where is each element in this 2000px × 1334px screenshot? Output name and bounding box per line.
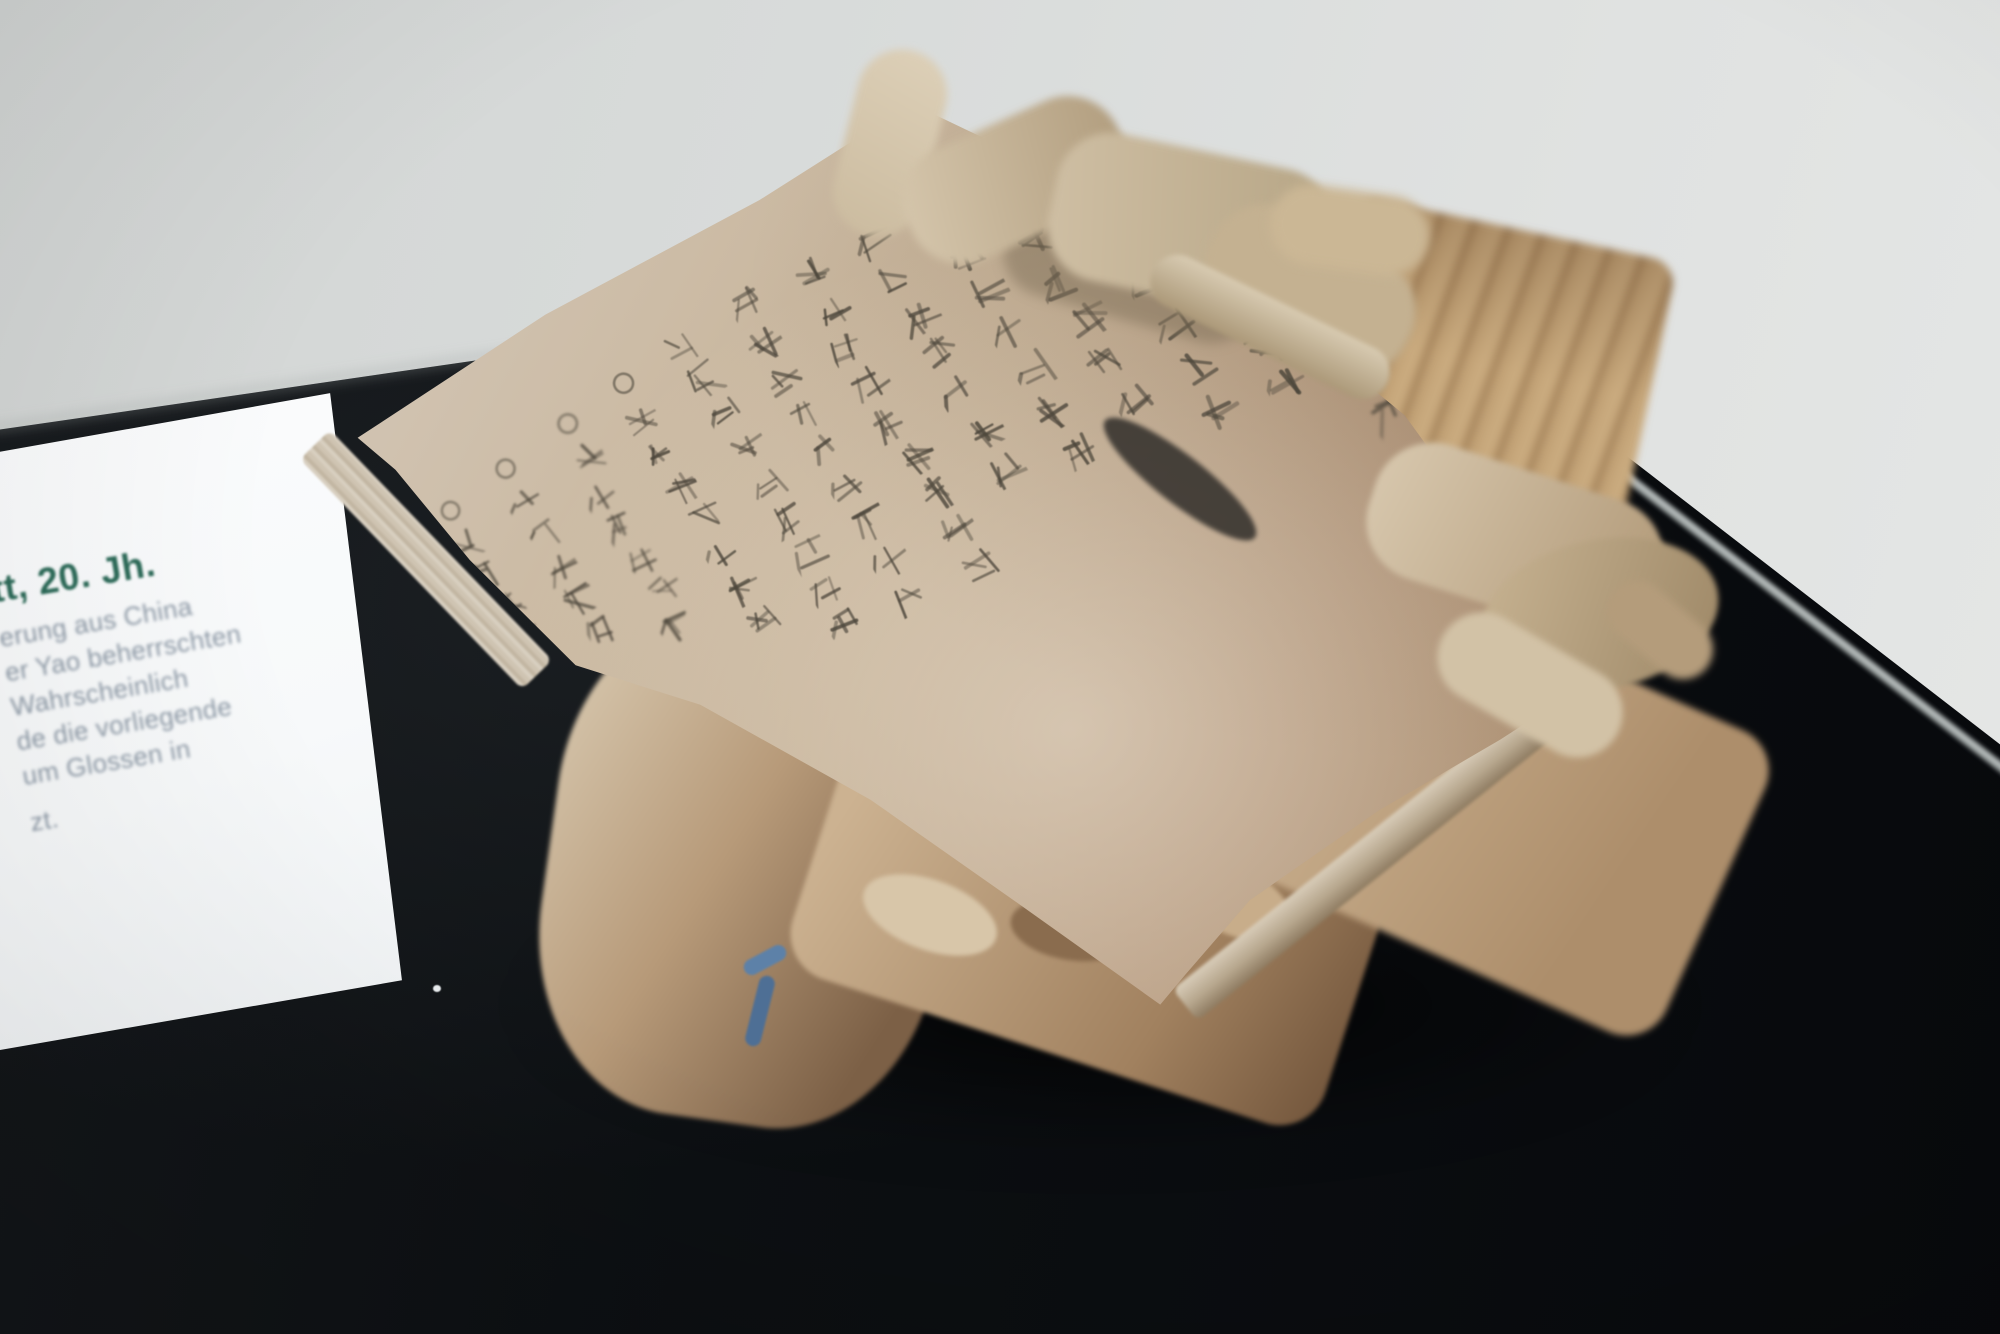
ink-column <box>541 402 705 651</box>
museum-photo: tt, 20. Jh. erung aus China er Yao beher… <box>0 0 2000 1334</box>
dust-speck <box>433 985 441 992</box>
